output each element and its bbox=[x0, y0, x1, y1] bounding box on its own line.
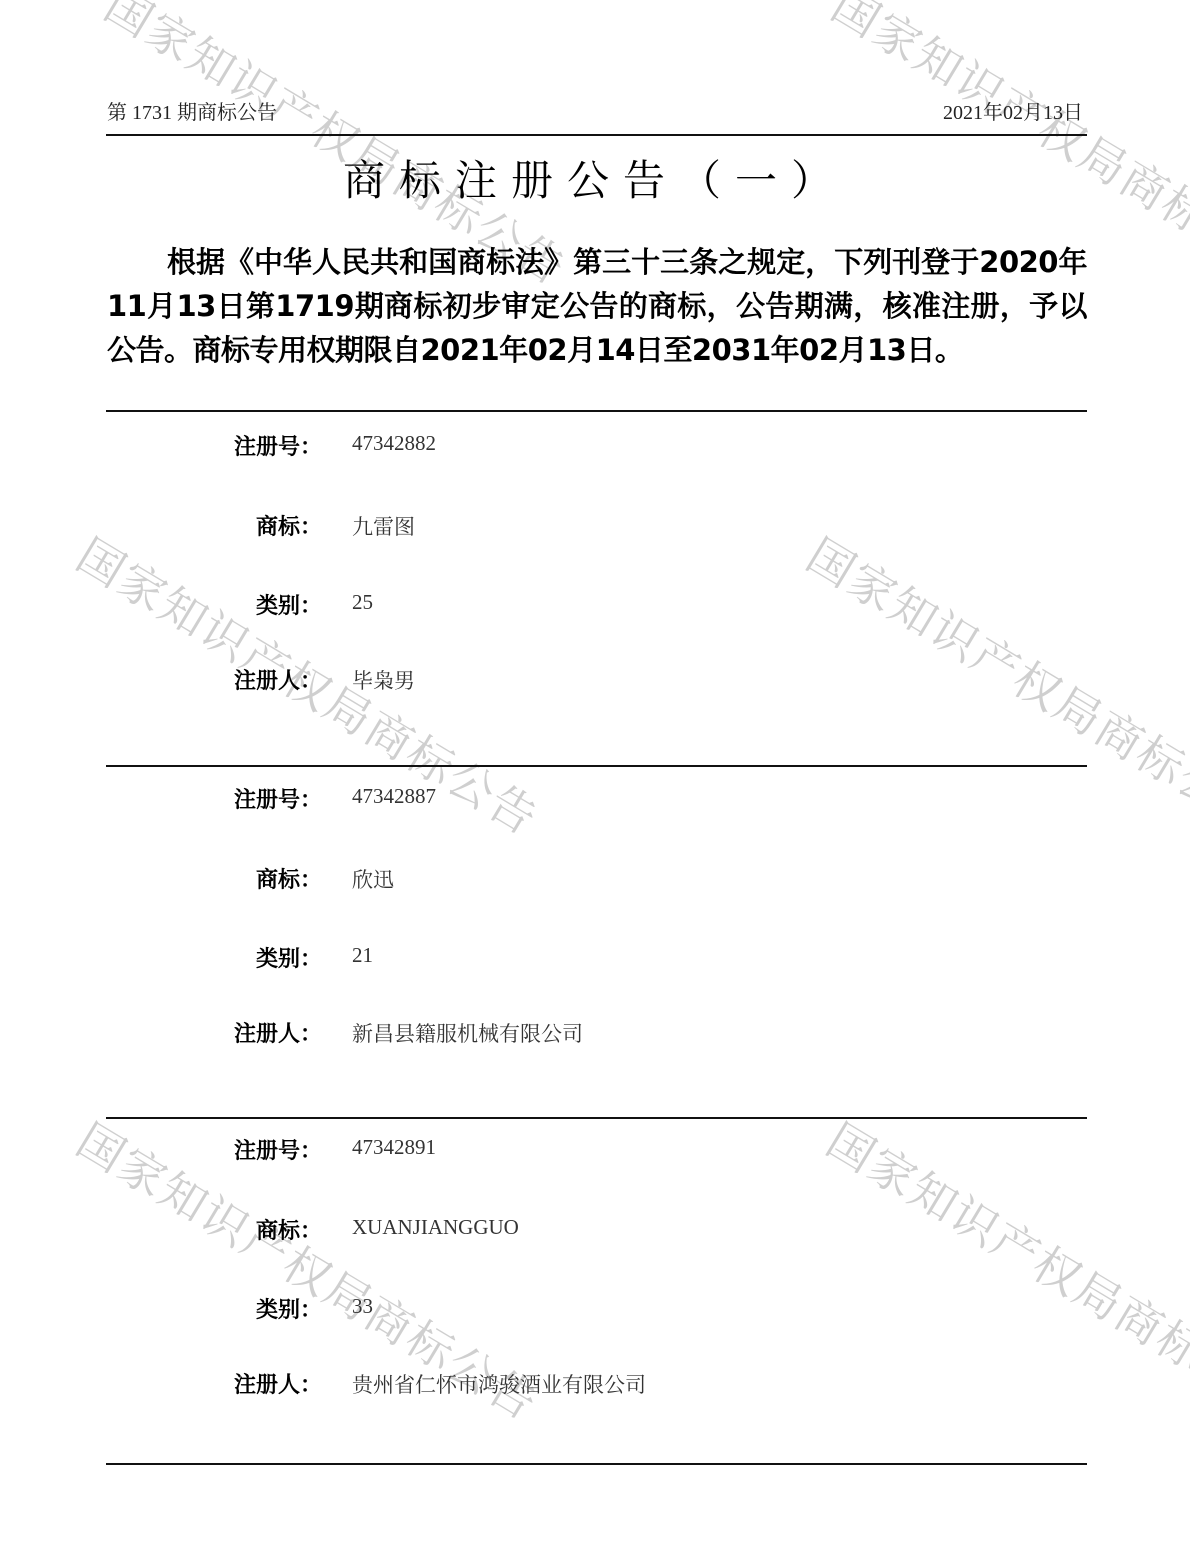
field-reg-no: 注册号： 47342882 bbox=[0, 430, 1190, 460]
field-class: 类别： 25 bbox=[0, 589, 1190, 619]
reg-no-label: 注册号： bbox=[234, 430, 322, 461]
mark-value: 九雷图 bbox=[352, 511, 415, 541]
reg-no-value: 47342891 bbox=[352, 1135, 436, 1160]
class-value: 25 bbox=[352, 590, 373, 615]
divider bbox=[106, 1463, 1087, 1465]
reg-no-label: 注册号： bbox=[234, 783, 322, 814]
page-title: 商标注册公告（一） bbox=[0, 148, 1190, 208]
reg-no-value: 47342882 bbox=[352, 431, 436, 456]
mark-value: XUANJIANGGUO bbox=[352, 1215, 519, 1240]
reg-no-value: 47342887 bbox=[352, 784, 436, 809]
field-registrant: 注册人： 新昌县籍服机械有限公司 bbox=[0, 1017, 1190, 1047]
field-class: 类别： 33 bbox=[0, 1293, 1190, 1323]
field-reg-no: 注册号： 47342887 bbox=[0, 783, 1190, 813]
divider bbox=[106, 1117, 1087, 1119]
mark-value: 欣迅 bbox=[352, 864, 394, 894]
issue-date: 2021年02月13日 bbox=[943, 96, 1083, 125]
field-reg-no: 注册号： 47342891 bbox=[0, 1134, 1190, 1164]
divider bbox=[106, 410, 1087, 412]
issue-number: 第 1731 期商标公告 bbox=[107, 96, 277, 125]
field-mark: 商标： XUANJIANGGUO bbox=[0, 1214, 1190, 1244]
field-mark: 商标： 欣迅 bbox=[0, 863, 1190, 893]
class-label: 类别： bbox=[256, 589, 322, 620]
header-rule bbox=[106, 134, 1087, 136]
field-registrant: 注册人： 贵州省仁怀市鸿骏酒业有限公司 bbox=[0, 1368, 1190, 1398]
field-registrant: 注册人： 毕枭男 bbox=[0, 664, 1190, 694]
class-value: 21 bbox=[352, 943, 373, 968]
registrant-value: 新昌县籍服机械有限公司 bbox=[352, 1018, 583, 1048]
reg-no-label: 注册号： bbox=[234, 1134, 322, 1165]
registrant-value: 贵州省仁怀市鸿骏酒业有限公司 bbox=[352, 1369, 646, 1399]
divider bbox=[106, 765, 1087, 767]
mark-label: 商标： bbox=[256, 1214, 322, 1245]
field-class: 类别： 21 bbox=[0, 942, 1190, 972]
registrant-label: 注册人： bbox=[234, 1368, 322, 1399]
registrant-label: 注册人： bbox=[234, 664, 322, 695]
registrant-value: 毕枭男 bbox=[352, 665, 415, 695]
mark-label: 商标： bbox=[256, 510, 322, 541]
intro-paragraph: 根据《中华人民共和国商标法》第三十三条之规定，下列刊登于2020年11月13日第… bbox=[107, 240, 1087, 372]
field-mark: 商标： 九雷图 bbox=[0, 510, 1190, 540]
class-label: 类别： bbox=[256, 942, 322, 973]
class-value: 33 bbox=[352, 1294, 373, 1319]
registrant-label: 注册人： bbox=[234, 1017, 322, 1048]
mark-label: 商标： bbox=[256, 863, 322, 894]
class-label: 类别： bbox=[256, 1293, 322, 1324]
